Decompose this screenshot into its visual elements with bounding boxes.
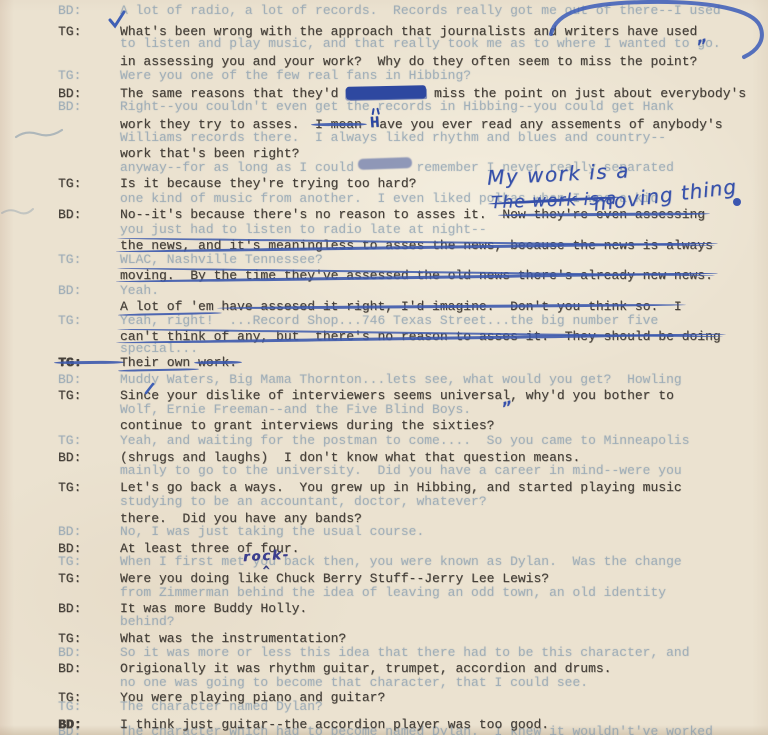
ghost-line: Wolf, Ernie Freeman--and the Five Blind … — [58, 402, 471, 418]
ghost-text: Yeah, right! ...Record Shop...746 Texas … — [120, 313, 658, 328]
line-text: continue to grant interviews during the … — [120, 418, 494, 433]
line-text: in assessing you and your work? Why do t… — [120, 54, 697, 69]
line-text: work they try to asses. — [120, 117, 315, 132]
handwritten-capital-h: H — [369, 115, 380, 132]
ghost-text: A lot of radio, a lot of records. Record… — [120, 3, 721, 18]
line-text: What was the instrumentation? — [120, 631, 346, 646]
speaker-label: TG: — [58, 433, 120, 449]
margin-smudge — [2, 209, 33, 213]
ghost-line: TG:Yeah, and waiting for the postman to … — [58, 433, 690, 449]
ghost-line: BD:Yeah. — [58, 283, 159, 299]
transcript-line: TG:You were playing piano and guitar? — [58, 690, 385, 706]
line-text: (shrugs and laughs) I don't know what th… — [120, 450, 580, 465]
speaker-label: BD: — [58, 645, 120, 661]
ghost-line: BD:So it was more or less this idea that… — [58, 645, 690, 661]
handwritten-rock-insertion: rock- — [243, 548, 291, 565]
speaker-label: TG: — [58, 690, 120, 706]
transcript-line: can't think of any, but there's no reaso… — [58, 329, 721, 345]
transcript-line: BD:I think just guitar--the accordion pl… — [58, 717, 549, 733]
underlined-text: Their own — [120, 355, 198, 370]
ghost-text: So it was more or less this idea that th… — [120, 645, 690, 660]
ghost-line: BD:Muddy Waters, Big Mama Thornton...let… — [58, 372, 682, 388]
ghost-line: studying to be an accountant, doctor, wh… — [58, 494, 487, 510]
insertion-caret: ^ — [262, 565, 270, 578]
transcript-line: work that's been right? — [58, 146, 299, 162]
speaker-label: BD: — [58, 283, 120, 299]
transcript-line: TG:Is it because they're trying too hard… — [58, 176, 416, 192]
ghost-line: BD:A lot of radio, a lot of records. Rec… — [58, 3, 721, 19]
struck-text: can't think of any, but there's no reaso… — [120, 329, 721, 344]
speaker-label: TG: — [58, 68, 120, 84]
transcript-line: TG:What was the instrumentation? — [58, 631, 346, 647]
struck-text: moving. By the time they've assessed the… — [120, 268, 713, 283]
ghost-text: studying to be an accountant, doctor, wh… — [120, 494, 487, 509]
speaker-label: TG: — [58, 631, 120, 647]
speaker-label: BD: — [58, 3, 120, 19]
speaker-label-overtyped: BD: — [58, 717, 120, 733]
line-text: Origionally it was rhythm guitar, trumpe… — [120, 661, 611, 676]
line-text: You were playing piano and guitar? — [120, 690, 385, 705]
struck-text: I mean — [315, 117, 362, 132]
line-text: What's been wrong with the approach that… — [120, 24, 697, 39]
transcript-line: there. Did you have any bands? — [58, 511, 362, 527]
ghost-text: Yeah, and waiting for the postman to com… — [120, 433, 690, 448]
ghost-text: you just had to listen to radio late at … — [120, 222, 487, 237]
line-text: Let's go back a ways. You grew up in Hib… — [120, 480, 682, 495]
transcript-line: BD:Origionally it was rhythm guitar, tru… — [58, 661, 611, 677]
transcript-line: BD:It was more Buddy Holly. — [58, 601, 307, 617]
ghost-text: Were you one of the few real fans in Hib… — [120, 68, 471, 83]
transcript-line: the news, and it's meaningless to asses … — [58, 238, 713, 254]
line-text: ave you ever read any assements of anybo… — [379, 117, 722, 132]
transcript-line: BD:The same reasons that they'd miss the… — [58, 86, 746, 102]
underlined-text: A lot of 'em — [120, 299, 221, 314]
speaker-label: TG: — [58, 24, 120, 40]
ghost-text: Yeah. — [120, 283, 159, 298]
ink-bleed-blot — [358, 157, 412, 170]
line-text: work that's been right? — [120, 146, 299, 161]
ghost-line: you just had to listen to radio late at … — [58, 222, 487, 238]
margin-smudge — [16, 130, 62, 137]
transcript-line: TG:Since your dislike of interviewers se… — [58, 388, 674, 404]
ghost-text: WLAC, Nashville Tennessee? — [120, 252, 323, 267]
ghost-text: no one was going to become that characte… — [120, 675, 588, 690]
speaker-label: TG: — [58, 313, 120, 329]
speaker-label: BD: — [58, 372, 120, 388]
speaker-label: TG: — [58, 176, 120, 192]
line-text: No--it's because there's no reason to as… — [120, 207, 502, 222]
line-text: there. Did you have any bands? — [120, 511, 362, 526]
transcript-line: in assessing you and your work? Why do t… — [58, 54, 697, 70]
line-text: Since your dislike of interviewers seems… — [120, 388, 674, 403]
line-text: It was more Buddy Holly. — [120, 601, 307, 616]
speaker-label: BD: — [58, 450, 120, 466]
speaker-label: BD: — [58, 86, 120, 102]
transcript-line: moving. By the time they've assessed the… — [58, 268, 713, 284]
ghost-text: Wolf, Ernie Freeman--and the Five Blind … — [120, 402, 471, 417]
ghost-text: from Zimmerman behind the idea of leavin… — [120, 585, 666, 600]
line-text: I think just guitar--the accordion playe… — [120, 717, 549, 732]
speaker-label: TG: — [58, 480, 120, 496]
speaker-label: TG: — [58, 252, 120, 268]
speaker-label: BD: — [58, 207, 120, 223]
struck-text: have assesed it right, I'd imagine. Don'… — [221, 299, 681, 314]
ghost-line: no one was going to become that characte… — [58, 675, 588, 691]
transcript-line: work they try to asses. I mean Have you … — [58, 116, 723, 133]
line-text: Is it because they're trying too hard? — [120, 176, 416, 191]
transcript-line: A lot of 'em have assesed it right, I'd … — [58, 299, 682, 315]
handwritten-period-dot — [733, 198, 741, 206]
ink-blackout — [346, 85, 426, 100]
transcript-line: TG:Their own work. — [58, 355, 237, 371]
ghost-text: Muddy Waters, Big Mama Thornton...lets s… — [120, 372, 682, 387]
speaker-label: TG: — [58, 388, 120, 404]
line-text: miss the point on just about everybody's — [426, 86, 746, 101]
speaker-label-overtyped: TG: — [58, 355, 120, 371]
struck-text: work. — [198, 355, 237, 370]
speaker-label: TG: — [58, 571, 120, 587]
speaker-label: BD: — [58, 661, 120, 677]
ghost-line: TG:Were you one of the few real fans in … — [58, 68, 471, 84]
ghost-line: TG:WLAC, Nashville Tennessee? — [58, 252, 323, 268]
speaker-label: BD: — [58, 601, 120, 617]
line-text: The same reasons that they'd — [120, 86, 346, 101]
struck-text: the news, and it's meaningless to asses … — [120, 238, 713, 253]
transcript-line: TG:What's been wrong with the approach t… — [58, 24, 697, 40]
line-text: Were you doing like Chuck Berry Stuff--J… — [120, 571, 549, 586]
transcript-line: TG:Let's go back a ways. You grew up in … — [58, 480, 682, 496]
ghost-line: from Zimmerman behind the idea of leavin… — [58, 585, 666, 601]
transcript-line: continue to grant interviews during the … — [58, 418, 494, 434]
speaker-label: BD: — [58, 541, 120, 557]
scanned-transcript-page: BD:A lot of radio, a lot of records. Rec… — [0, 0, 768, 735]
transcript-line: TG:Were you doing like Chuck Berry Stuff… — [58, 571, 549, 587]
transcript-line: BD:(shrugs and laughs) I don't know what… — [58, 450, 580, 466]
